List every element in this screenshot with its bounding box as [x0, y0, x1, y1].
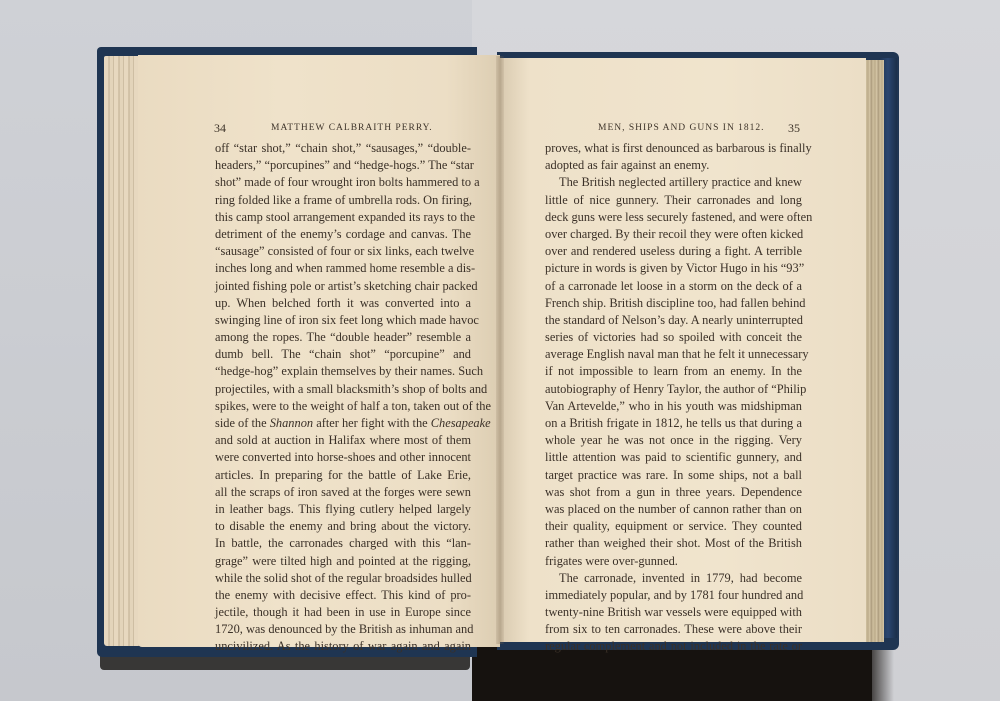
right-running-head: MEN, SHIPS AND GUNS IN 1812.	[598, 123, 765, 133]
italic-ship-name: Shannon	[270, 416, 313, 430]
page-edges-right	[866, 60, 884, 642]
italic-ship-name: Chesapeake	[431, 416, 491, 430]
left-running-head: MATTHEW CALBRAITH PERRY.	[271, 123, 433, 133]
text-line: on a British frigate in 1812, he tells u…	[545, 415, 802, 432]
book-gutter	[496, 56, 504, 644]
text-line: while the solid shot of the regular broa…	[215, 570, 471, 587]
text-line: The carronade, invented in 1779, had bec…	[545, 570, 802, 587]
text-line: shot” made of four wrought iron bolts ha…	[215, 174, 471, 191]
text-line: target practice was rare. In some ships,…	[545, 467, 802, 484]
text-line: articles. In preparing for the battle of…	[215, 467, 471, 484]
text-line: among the ropes. The “double header” res…	[215, 329, 471, 346]
text-line: was shot from a gun in three years. Depe…	[545, 484, 802, 501]
text-line: little of nice gunnery. Their carronades…	[545, 192, 802, 209]
text-line: if not impossible to learn from an enemy…	[545, 363, 802, 380]
text-line: headers,” “porcupines” and “hedge-hogs.”…	[215, 157, 471, 174]
left-page-body: off “star shot,” “chain shot,” “sausages…	[215, 140, 471, 656]
text-line: picture in words is given by Victor Hugo…	[545, 260, 802, 277]
text-line: series of victories had so spoiled with …	[545, 329, 802, 346]
text-line: spikes, were to the weight of half a ton…	[215, 398, 471, 415]
text-line: was placed on the number of cannon rathe…	[545, 501, 802, 518]
text-line: this camp stool arrangement expanded its…	[215, 209, 471, 226]
text-line: and sold at auction in Halifax where mos…	[215, 432, 471, 449]
text-line: adopted as fair against an enemy.	[545, 157, 802, 174]
text-line: uncivilized. As the history of war again…	[215, 638, 471, 655]
text-line: side of the Shannon after her fight with…	[215, 415, 471, 432]
text-line: to disable the enemy and bring about the…	[215, 518, 471, 535]
text-line: little attention was paid to scientific …	[545, 449, 802, 466]
text-line: were converted into horse-shoes and othe…	[215, 449, 471, 466]
text-line: in leather bags. This flying cutlery hel…	[215, 501, 471, 518]
text-line: rather than weighed their shot. Most of …	[545, 535, 802, 552]
text-line: detriment of the enemy’s cordage and can…	[215, 226, 471, 243]
text-line: of a carronade let loose in a storm on t…	[545, 278, 802, 295]
text-line: up. When belched forth it was converted …	[215, 295, 471, 312]
text-line: The British neglected artillery practice…	[545, 174, 802, 191]
text-line: over and rendered useless during a fight…	[545, 243, 802, 260]
text-line: frigates were over-gunned.	[545, 553, 802, 570]
text-line: the enemy with decisive effect. This kin…	[215, 587, 471, 604]
text-line: proves, what is first denounced as barba…	[545, 140, 802, 157]
text-line: “sausage” consisted of four or six links…	[215, 243, 471, 260]
text-line: off “star shot,” “chain shot,” “sausages…	[215, 140, 471, 157]
text-line: deck guns were less securely fastened, a…	[545, 209, 802, 226]
text-line: “hedge-hog” explain themselves by their …	[215, 363, 471, 380]
text-line: the standard of Nelson’s day. A nearly u…	[545, 312, 802, 329]
text-line: autobiography of Henry Taylor, the autho…	[545, 381, 802, 398]
text-line: regular complement and not included in t…	[545, 638, 802, 655]
text-line: dumb bell. The “chain shot” “porcupine” …	[215, 346, 471, 363]
text-line: their quality, equipment or service. The…	[545, 518, 802, 535]
text-line: whole year he was not once in the riggin…	[545, 432, 802, 449]
text-line: average English naval man that he felt i…	[545, 346, 802, 363]
left-page-number: 34	[214, 121, 226, 136]
text-line: grage” were tilted high and pointed at t…	[215, 553, 471, 570]
right-page-body: proves, what is first denounced as barba…	[545, 140, 802, 656]
text-line: 1720, was denounced by the British as in…	[215, 621, 471, 638]
text-line: jointed fishing pole or artist’s sketchi…	[215, 278, 471, 295]
text-line: swinging line of iron six feet long whic…	[215, 312, 471, 329]
text-line: ring folded like a frame of umbrella rod…	[215, 192, 471, 209]
text-line: jectile, though it had been in use in Eu…	[215, 604, 471, 621]
text-line: over charged. By their recoil they were …	[545, 226, 802, 243]
text-line: inches long and when rammed home resembl…	[215, 260, 471, 277]
text-line: immediately popular, and by 1781 four hu…	[545, 587, 802, 604]
text-line: French ship. British discipline too, had…	[545, 295, 802, 312]
text-line: projectiles, with a small blacksmith’s s…	[215, 381, 471, 398]
text-line: from six to ten carronades. These were a…	[545, 621, 802, 638]
right-page-number: 35	[788, 121, 800, 136]
text-line: all the scraps of iron saved at the forg…	[215, 484, 471, 501]
text-line: Van Artevelde,” who in his youth was mid…	[545, 398, 802, 415]
text-line: In battle, the carronades charged with t…	[215, 535, 471, 552]
text-line: twenty-nine British war vessels were equ…	[545, 604, 802, 621]
